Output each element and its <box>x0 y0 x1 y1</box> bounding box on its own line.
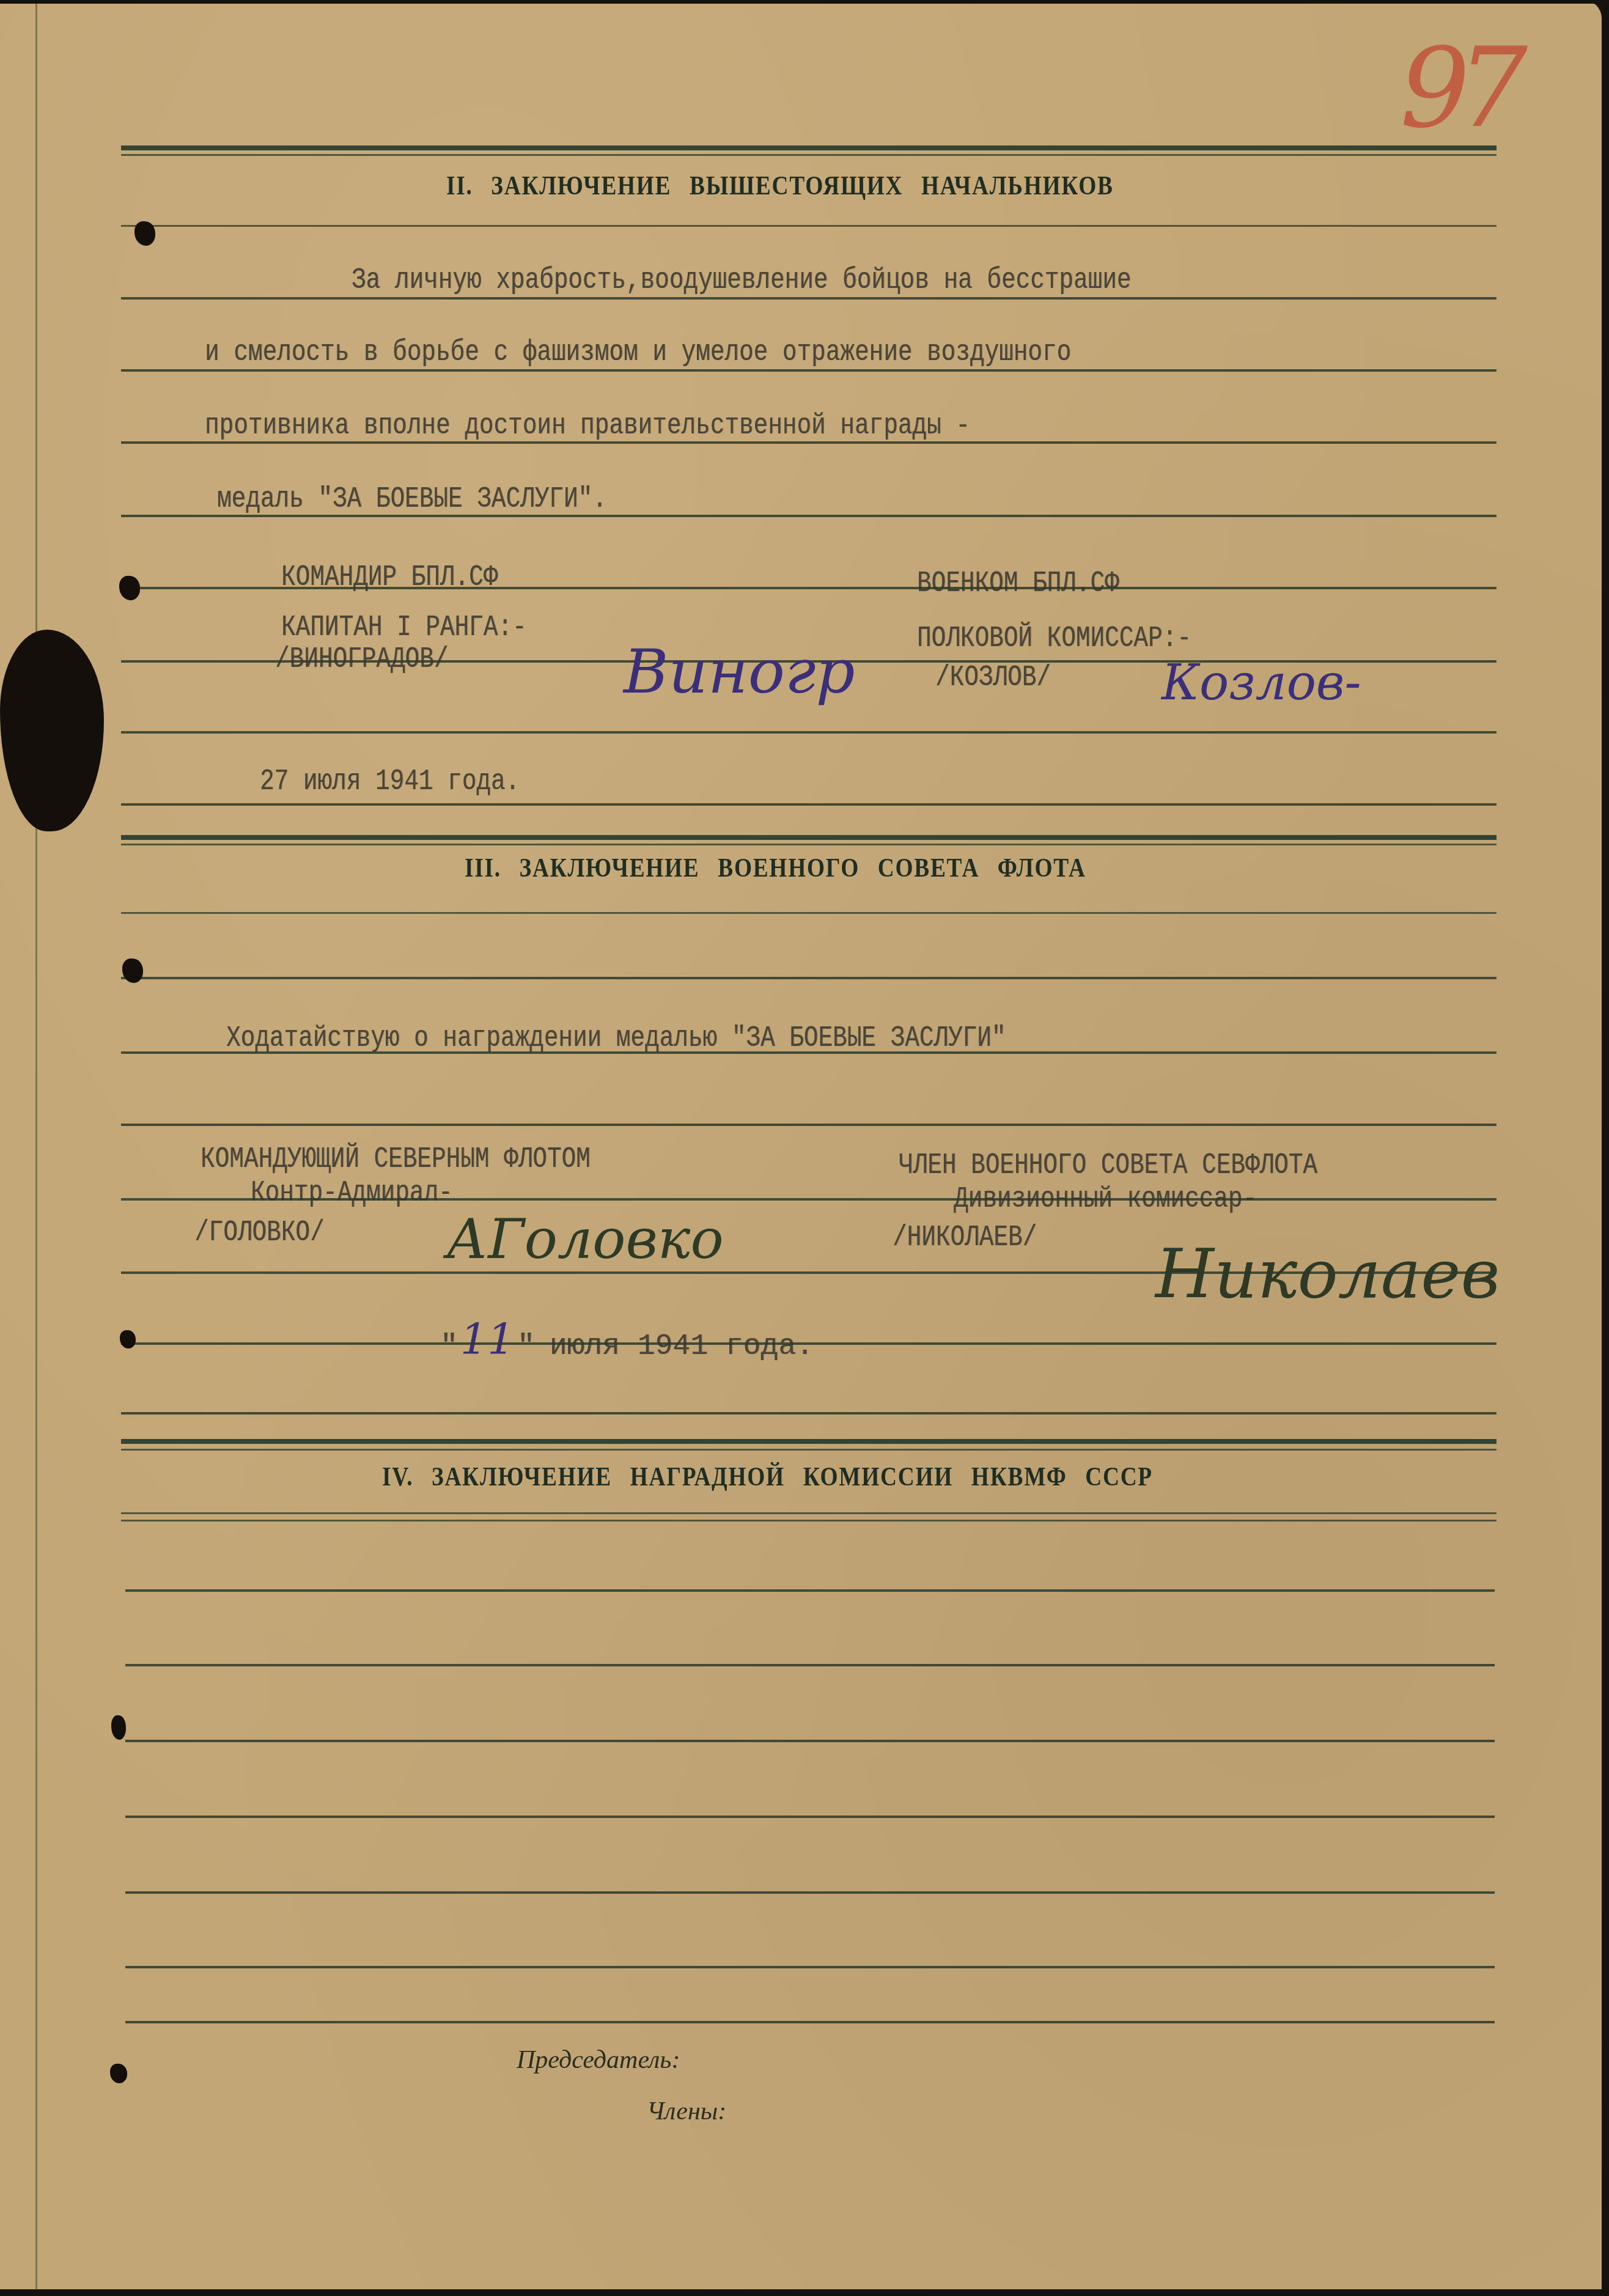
section3-body: Ходатайствую о награждении медалью "ЗА Б… <box>226 1022 1006 1055</box>
section2-right-position: ВОЕНКОМ БПЛ.СФ <box>917 567 1119 600</box>
rule <box>121 1051 1497 1054</box>
section2-title: II. ЗАКЛЮЧЕНИЕ ВЫШЕСТОЯЩИХ НАЧАЛЬНИКОВ <box>446 170 1114 201</box>
blank-line-5 <box>125 1891 1495 1894</box>
binding-hole-2 <box>119 576 140 600</box>
section3-top-rule <box>121 835 1497 840</box>
blank-line-7 <box>125 2021 1495 2023</box>
rule <box>121 1271 1497 1274</box>
page-fold-line <box>35 0 37 2296</box>
rule <box>121 731 1497 734</box>
section2-right-signature: Козлов- <box>1162 654 1361 711</box>
section3-right-name: /НИКОЛАЕВ/ <box>893 1221 1037 1254</box>
chairman-label: Председатель: <box>517 2045 680 2075</box>
blank-line-4 <box>125 1816 1495 1818</box>
section4-title: IV. ЗАКЛЮЧЕНИЕ НАГРАДНОЙ КОМИССИИ НКВМФ … <box>382 1461 1153 1492</box>
section3-title: III. ЗАКЛЮЧЕНИЕ ВОЕННОГО СОВЕТА ФЛОТА <box>465 852 1086 883</box>
section4-top-rule-thin <box>121 1449 1497 1451</box>
date-open-quote: " <box>440 1330 458 1363</box>
binding-hole-5 <box>111 1715 126 1740</box>
section2-left-signature: Виногр <box>624 636 855 707</box>
section4-title-underline <box>121 1512 1497 1514</box>
rule <box>121 369 1497 372</box>
binding-hole-1 <box>134 221 155 246</box>
section3-left-name: /ГОЛОВКО/ <box>194 1216 325 1249</box>
scan-edge-bottom <box>0 2290 1609 2296</box>
section2-top-rule-thin <box>121 154 1497 156</box>
section2-left-rank: КАПИТАН I РАНГА:- <box>281 611 527 644</box>
section2-left-name: /ВИНОГРАДОВ/ <box>275 643 448 676</box>
section3-right-position: ЧЛЕН ВОЕННОГО СОВЕТА СЕВФЛОТА <box>899 1149 1317 1182</box>
section3-top-rule-thin <box>121 844 1497 845</box>
rule <box>121 1198 1497 1201</box>
blank-line-2 <box>125 1664 1495 1666</box>
document-page: 97 II. ЗАКЛЮЧЕНИЕ ВЫШЕСТОЯЩИХ НАЧАЛЬНИКО… <box>0 0 1602 2289</box>
rule <box>121 587 1497 589</box>
section3-right-signature: Николаев <box>1155 1235 1500 1313</box>
date-close-quote: " <box>517 1330 535 1363</box>
section3-left-rank: Контр-Адмирал- <box>251 1177 453 1210</box>
scan-edge-right <box>1603 0 1609 2296</box>
blank-line-1 <box>125 1589 1495 1592</box>
ink-blot <box>0 630 104 831</box>
binding-hole-6 <box>110 2064 127 2083</box>
binding-hole-3 <box>122 959 143 983</box>
section2-body-line-4: медаль "ЗА БОЕВЫЕ ЗАСЛУГИ". <box>217 483 607 516</box>
section2-body-line-1: За личную храбрость,воодушевление бойцов… <box>352 264 1131 297</box>
rule <box>121 515 1497 517</box>
archive-page-number: 97 <box>1400 24 1515 152</box>
rule <box>121 977 1497 979</box>
section3-left-signature: АГоловко <box>446 1207 724 1271</box>
rule <box>121 803 1497 806</box>
section2-date: 27 июля 1941 года. <box>260 765 520 798</box>
scan-edge-top <box>0 0 1609 4</box>
blank-line-3 <box>125 1740 1495 1742</box>
rule <box>121 297 1497 300</box>
section2-right-rank: ПОЛКОВОЙ КОМИССАР:- <box>917 622 1191 655</box>
rule <box>121 1412 1497 1415</box>
section3-left-position: КОМАНДУЮЩИЙ СЕВЕРНЫМ ФЛОТОМ <box>201 1143 591 1176</box>
section2-title-underline <box>121 225 1497 227</box>
section3-title-underline <box>121 912 1497 914</box>
rule <box>121 1124 1497 1126</box>
rule <box>121 441 1497 444</box>
section4-top-rule <box>121 1439 1497 1444</box>
blank-line-6 <box>125 1966 1495 1968</box>
date-day-handwritten: 11 <box>460 1314 515 1364</box>
rule <box>121 1342 1497 1345</box>
date-rest: июля 1941 года. <box>550 1330 814 1363</box>
section2-right-name: /КОЗЛОВ/ <box>935 661 1051 694</box>
members-label: Члены: <box>647 2097 726 2126</box>
section4-title-underline-2 <box>121 1520 1497 1521</box>
section3-date: " 11 " июля 1941 года. <box>440 1314 814 1364</box>
binding-hole-4 <box>120 1330 136 1349</box>
section2-body-line-2: и смелость в борьбе с фашизмом и умелое … <box>205 336 1071 369</box>
section2-body-line-3: противника вполне достоин правительствен… <box>205 410 970 443</box>
section2-top-rule <box>121 145 1497 150</box>
